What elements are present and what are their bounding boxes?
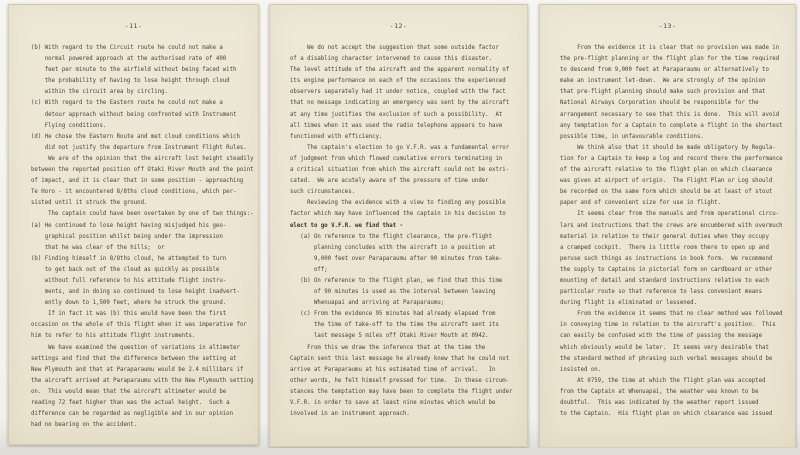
- text-line: Captain sent this last message he alread…: [290, 354, 523, 365]
- text-line: within the circuit area by circling.: [31, 87, 254, 98]
- page-body-1: (b) With regard to the Circuit route he …: [31, 43, 254, 431]
- text-line: Te Horo - it encountered 8/8ths cloud co…: [31, 187, 254, 198]
- text-line: material in relation to their general du…: [560, 232, 791, 243]
- text-line: its engine performance on each of the oc…: [290, 76, 523, 87]
- text-line: such circumstances.: [290, 187, 523, 198]
- page-number: -12-: [270, 22, 527, 30]
- text-line: paper and of convenient size for use in …: [560, 198, 791, 209]
- text-line: ently down to 1,500 feet, where he struc…: [31, 298, 254, 309]
- text-line: (d) He chose the Eastern Route and met c…: [31, 132, 254, 143]
- text-line: V.F.R. in order to save at least nine mi…: [290, 398, 523, 409]
- text-line: any temptation for a Captain to complete…: [560, 121, 791, 132]
- text-line: that pre-flight planning should make suc…: [560, 87, 791, 98]
- text-line: to get back out of the cloud as quickly …: [31, 265, 254, 276]
- text-line: We are of the opinion that the aircraft …: [31, 154, 254, 165]
- text-line: planning concludes with the aircraft in …: [290, 243, 523, 254]
- document-page-2: -12- We do not accept the suggestion tha…: [269, 4, 528, 447]
- text-line: all times when it was used the radio tel…: [290, 121, 523, 132]
- text-line: mounting of detail and standard instruct…: [560, 276, 791, 287]
- text-line: the time of take-off to the time the air…: [290, 320, 523, 331]
- text-line: the standard method of phrasing such ver…: [560, 354, 791, 365]
- scanned-document: { "document": { "kind": "typewritten-rep…: [0, 0, 800, 455]
- text-line: the aircraft arrived at Paraparaumu with…: [31, 376, 254, 387]
- text-line: possible time, in unfavourable condition…: [560, 132, 791, 143]
- text-line: lars and instructions that the crews are…: [560, 221, 791, 232]
- page-number: -13-: [540, 22, 795, 30]
- text-line: The captain's election to go V.F.R. was …: [290, 143, 523, 154]
- text-line: during flight is eliminated or lessened.: [560, 298, 791, 309]
- text-line: arrangement necessary to see that this i…: [560, 110, 791, 121]
- text-line: factor which may have influenced the cap…: [290, 209, 523, 220]
- text-line: ments, and in doing so continued to lose…: [31, 287, 254, 298]
- text-line: a critical situation from which the airc…: [290, 165, 523, 176]
- text-line: was given at airport of origin. The Flig…: [560, 176, 791, 187]
- text-line: At 0759, the time at which the flight pl…: [560, 376, 791, 387]
- text-line: difference can be regarded as negligible…: [31, 409, 254, 420]
- text-line: without full reference to his attitude f…: [31, 276, 254, 287]
- text-line: other words, he felt himself pressed for…: [290, 376, 523, 387]
- text-line: doubtful. This was indicated by the weat…: [560, 398, 791, 409]
- text-line: From the evidence it seems that no clear…: [560, 309, 791, 320]
- text-line: of the aircraft relative to the flight p…: [560, 165, 791, 176]
- text-line: sisted until it struck the ground.: [31, 198, 254, 209]
- page-body-3: From the evidence it is clear that no pr…: [560, 43, 791, 420]
- text-line: (b) Finding himself in 8/8ths cloud, he …: [31, 254, 254, 265]
- text-line: From the evidence it is clear that no pr…: [560, 43, 791, 54]
- text-line: (a) He continued to lose height having m…: [31, 221, 254, 232]
- text-line: last message 5 miles off Otaki River Mou…: [290, 331, 523, 342]
- text-line: (b) On reference to the flight plan, we …: [290, 276, 523, 287]
- text-line: (c) With regard to the Eastern route he …: [31, 98, 254, 109]
- text-line: detour approach without being confronted…: [31, 110, 254, 121]
- text-line: We have examined the question of variati…: [31, 343, 254, 354]
- text-line: in conveying time in relation to the air…: [560, 320, 791, 331]
- text-line: cated. We are acutely aware of the press…: [290, 176, 523, 187]
- text-line: normal powered approach at the authorise…: [31, 54, 254, 65]
- text-line: of 90 minutes is used as the interval be…: [290, 287, 523, 298]
- document-page-3: -13- From the evidence it is clear that …: [539, 4, 796, 448]
- text-line: him to refer to his attitude flight inst…: [31, 331, 254, 342]
- text-line: We do not accept the suggestion that som…: [290, 43, 523, 54]
- text-line: make an instrument let-down. We are stro…: [560, 76, 791, 87]
- text-line: particular route so that reference to le…: [560, 287, 791, 298]
- text-line: on. This would mean that the aircraft al…: [31, 387, 254, 398]
- text-line: settings and find that the difference be…: [31, 354, 254, 365]
- text-line: insisted on.: [560, 365, 791, 376]
- text-line: elect to go V.F.R. we find that -: [290, 221, 523, 232]
- text-line: New Plymouth and that at Paraparaumu wou…: [31, 365, 254, 376]
- text-line: to descend from 9,000 feet at Paraparaum…: [560, 65, 791, 76]
- text-line: (c) From the evidence 95 minutes had alr…: [290, 309, 523, 320]
- text-line: peruse such things as instructions in bo…: [560, 254, 791, 265]
- page-number: -11-: [9, 22, 258, 30]
- text-line: of a disabling character intervened to c…: [290, 54, 523, 65]
- text-line: occasion on the whole of this flight whe…: [31, 320, 254, 331]
- text-line: The captain could have been overtaken by…: [31, 209, 254, 220]
- text-line: to the Captain. His flight plan on which…: [560, 409, 791, 420]
- page-body-2: We do not accept the suggestion that som…: [290, 43, 523, 420]
- text-line: Whenuapai and arriving at Paraparaumu;: [290, 298, 523, 309]
- text-line: from the Captain at Whenuapai, the weath…: [560, 387, 791, 398]
- text-line: a cramped cockpit. There is little room …: [560, 243, 791, 254]
- text-line: observers separately had it under notice…: [290, 87, 523, 98]
- text-line: can easily be confused with the time of …: [560, 331, 791, 342]
- scan-background-strip: [0, 448, 800, 455]
- document-page-1: -11- (b) With regard to the Circuit rout…: [8, 4, 259, 445]
- text-line: 9,000 feet over Paraparaumu after 90 min…: [290, 254, 523, 265]
- text-line: the supply to Captains in pictorial form…: [560, 265, 791, 276]
- text-line: If in fact it was (b) this would have be…: [31, 309, 254, 320]
- text-line: involved in an instrument approach.: [290, 409, 523, 420]
- text-line: off;: [290, 265, 523, 276]
- text-line: the probability of having to lose height…: [31, 76, 254, 87]
- text-line: that he was clear of the hills; or: [31, 243, 254, 254]
- text-line: arrive at Paraparaumu at his estimated t…: [290, 365, 523, 376]
- text-line: tion for a Captain to keep a log and rec…: [560, 154, 791, 165]
- text-line: The level attitude of the aircraft and t…: [290, 65, 523, 76]
- text-line: functioned with efficiency.: [290, 132, 523, 143]
- text-line: feet per minute to the airfield without …: [31, 65, 254, 76]
- text-line: graphical position whilst being under th…: [31, 232, 254, 243]
- text-line: which obviously would be later. It seems…: [560, 343, 791, 354]
- text-line: of judgment from which flowed cumulative…: [290, 154, 523, 165]
- text-line: be recorded on the same form which shoul…: [560, 187, 791, 198]
- text-line: of impact, and it is clear that in some …: [31, 176, 254, 187]
- text-line: the pre-flight planning or the flight pl…: [560, 54, 791, 65]
- text-line: From this we draw the inference that at …: [290, 343, 523, 354]
- text-line: that no message indicating an emergency …: [290, 98, 523, 109]
- text-line: (a) On reference to the flight clearance…: [290, 232, 523, 243]
- text-line: reading 72 feet higher than was the actu…: [31, 398, 254, 409]
- text-line: It seems clear from the manuals and from…: [560, 209, 791, 220]
- text-line: stances the temptation may have been to …: [290, 387, 523, 398]
- text-line: had no bearing on the accident.: [31, 420, 254, 431]
- text-line: between the reported position off Otaki …: [31, 165, 254, 176]
- text-line: at any time justifies the exclusion of s…: [290, 110, 523, 121]
- text-line: Flying conditions.: [31, 121, 254, 132]
- text-line: We think also that it should be made obl…: [560, 143, 791, 154]
- text-line: did not justify the departure from Instr…: [31, 143, 254, 154]
- text-line: National Airways Corporation should be r…: [560, 98, 791, 109]
- text-line: (b) With regard to the Circuit route he …: [31, 43, 254, 54]
- text-line: Reviewing the evidence with a view to fi…: [290, 198, 523, 209]
